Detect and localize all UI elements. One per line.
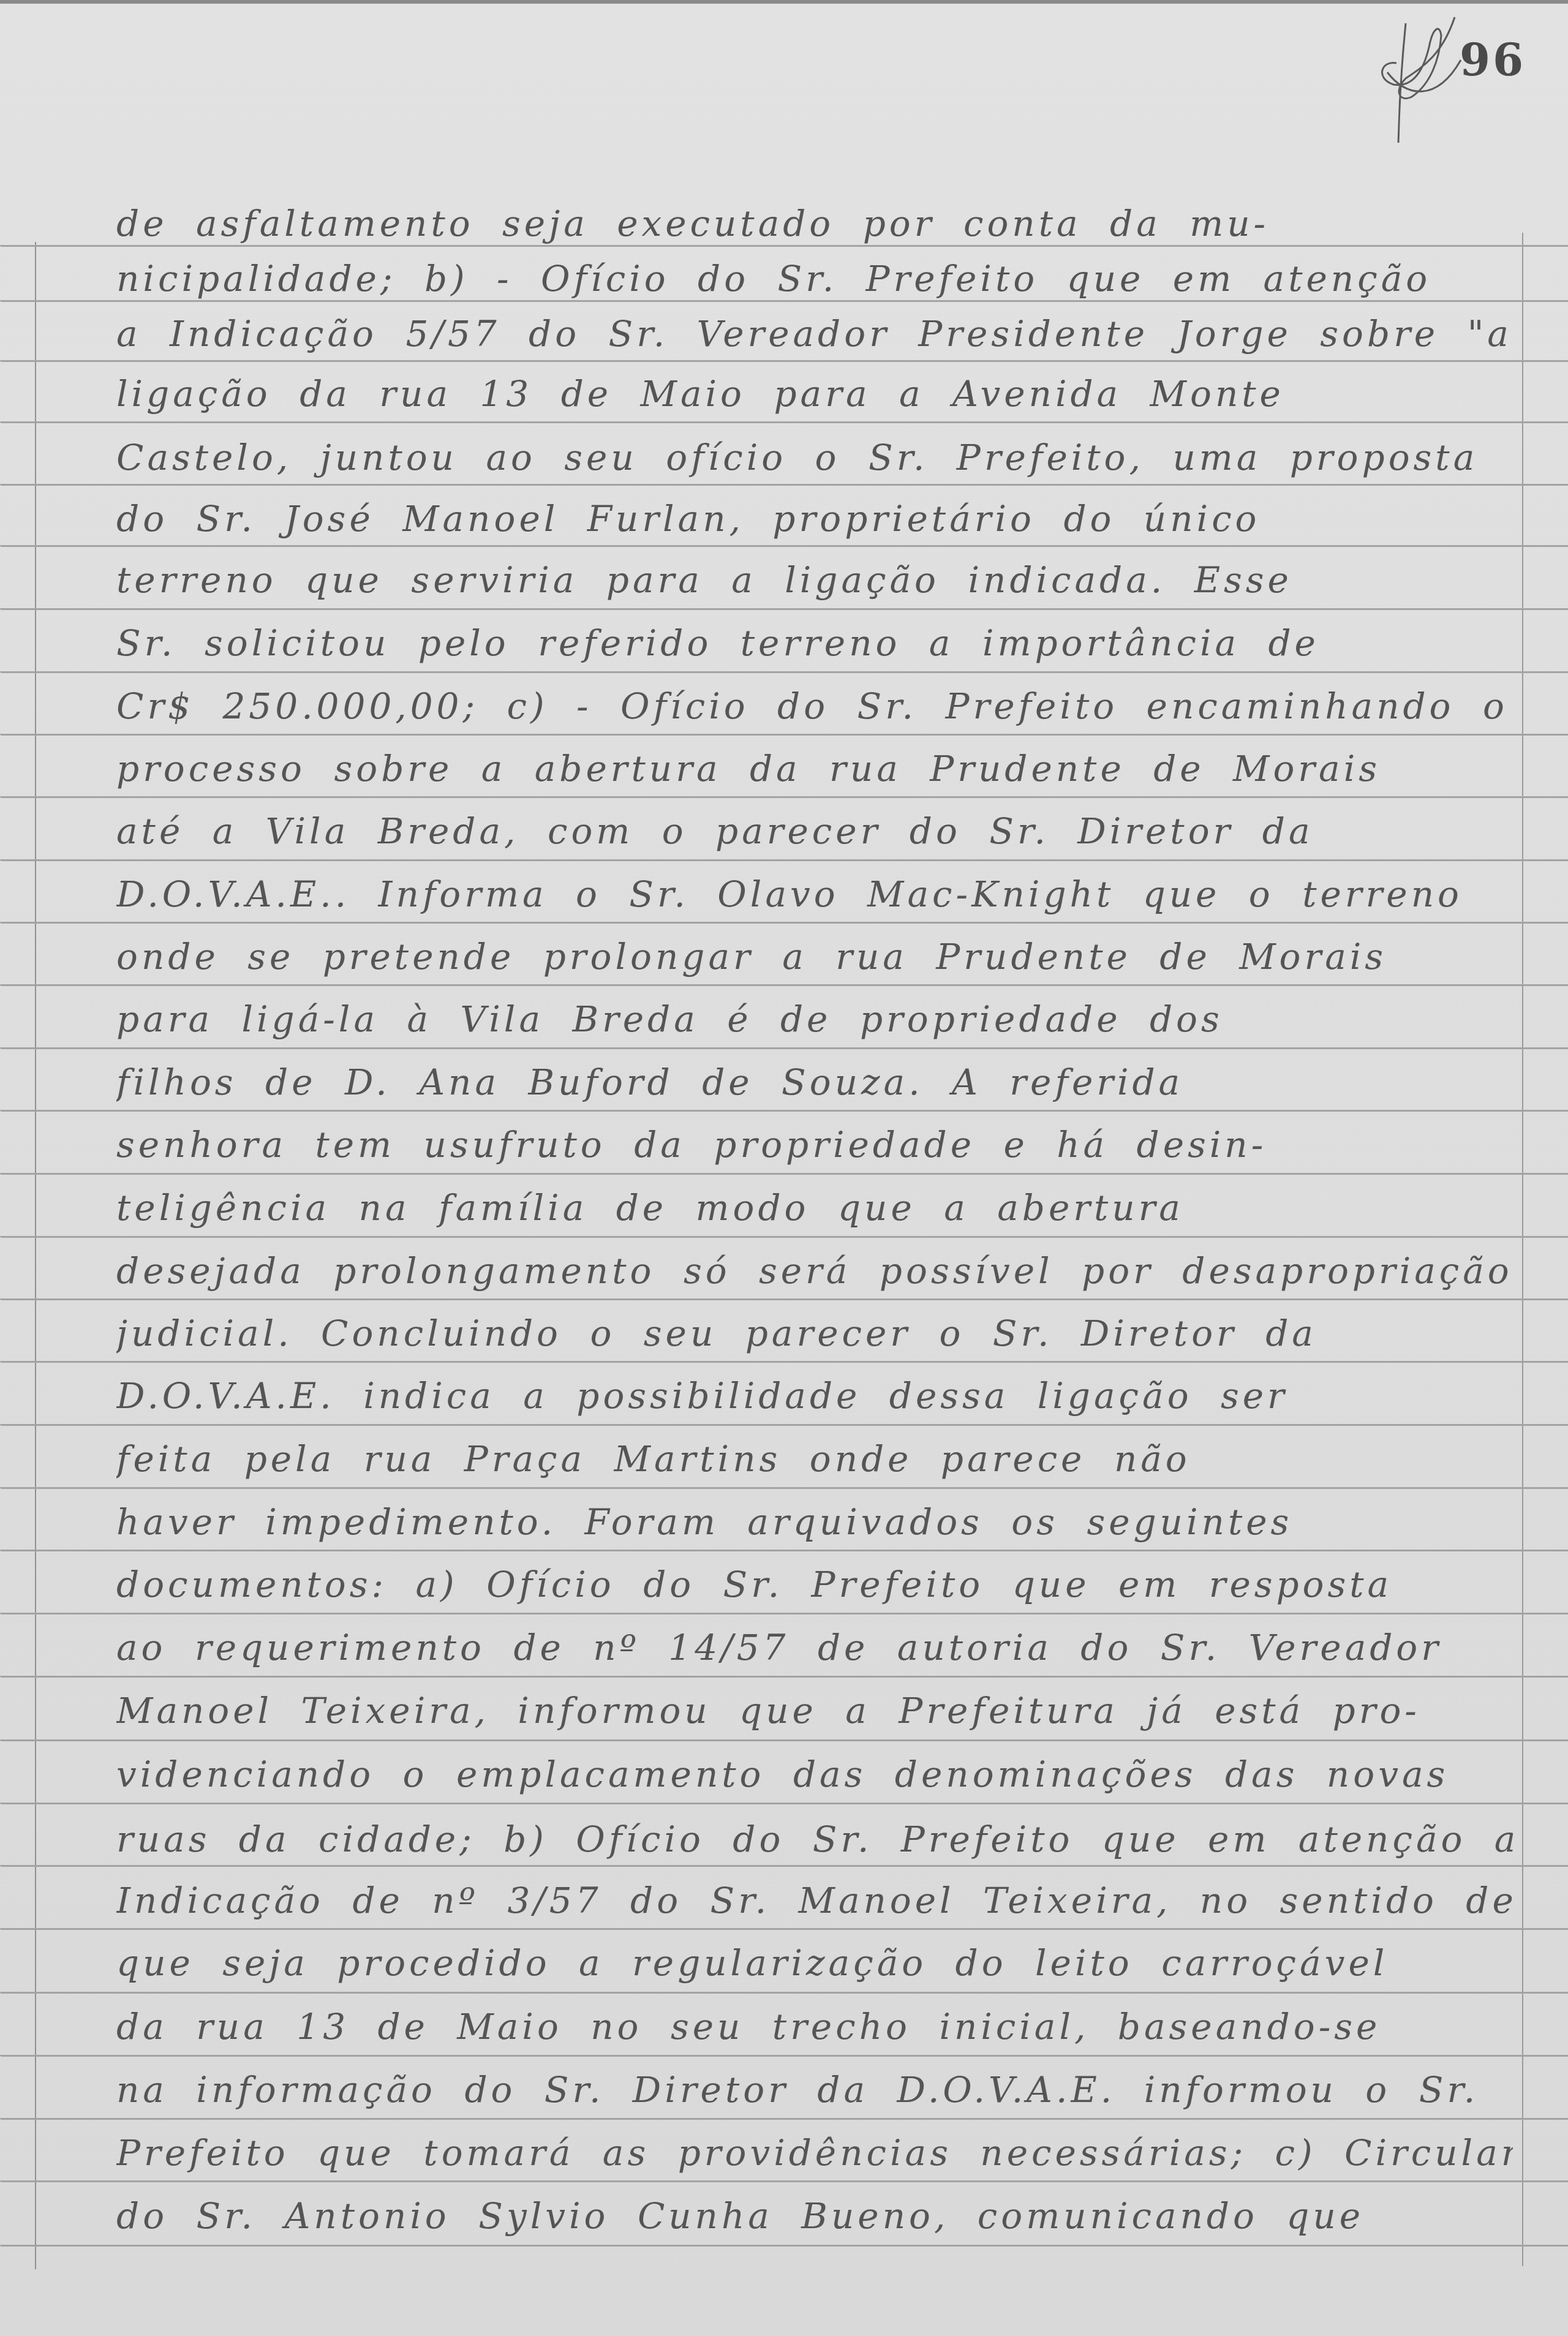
text-line: que seja procedido a regularização do le… xyxy=(116,1942,1513,1984)
text-line: haver impedimento. Foram arquivados os s… xyxy=(116,1501,1513,1543)
ruled-line xyxy=(0,608,1568,610)
ruled-line xyxy=(0,1361,1568,1363)
ruled-line xyxy=(0,1676,1568,1678)
ruled-line xyxy=(0,1992,1568,1994)
text-line: a Indicação 5/57 do Sr. Vereador Preside… xyxy=(116,312,1513,355)
text-line: senhora tem usufruto da propriedade e há… xyxy=(116,1123,1513,1166)
text-line: judicial. Concluindo o seu parecer o Sr.… xyxy=(116,1312,1513,1355)
text-line: Prefeito que tomará as providências nece… xyxy=(116,2131,1513,2174)
ruled-line xyxy=(0,1487,1568,1489)
ruled-line xyxy=(0,245,1568,247)
ruled-line xyxy=(0,984,1568,986)
text-line: Cr$ 250.000,00; c) - Ofício do Sr. Prefe… xyxy=(116,685,1513,728)
text-line: D.O.V.A.E. indica a possibilidade dessa … xyxy=(116,1374,1513,1417)
ruled-line xyxy=(0,922,1568,924)
ruled-line xyxy=(0,1236,1568,1238)
text-line: ao requerimento de nº 14/57 de autoria d… xyxy=(116,1626,1513,1669)
ruled-line xyxy=(0,671,1568,673)
text-line: D.O.V.A.E.. Informa o Sr. Olavo Mac-Knig… xyxy=(116,873,1513,916)
text-line: ligação da rua 13 de Maio para a Avenida… xyxy=(116,372,1513,415)
text-line: Manoel Teixeira, informou que a Prefeitu… xyxy=(116,1689,1513,1732)
text-line: desejada prolongamento só será possível … xyxy=(116,1249,1513,1292)
ruled-line xyxy=(0,2245,1568,2247)
text-line: Castelo, juntou ao seu ofício o Sr. Pref… xyxy=(116,436,1513,479)
handwritten-text-block: de asfaltamento seja executado por conta… xyxy=(0,0,1568,2336)
ruled-line xyxy=(0,421,1568,423)
ruled-line xyxy=(0,545,1568,547)
ruled-line xyxy=(0,734,1568,736)
text-line: da rua 13 de Maio no seu trecho inicial,… xyxy=(116,2005,1513,2048)
ruled-line xyxy=(0,1613,1568,1614)
ruled-line xyxy=(0,2180,1568,2182)
ledger-page: 96 de asfaltamento seja executado por co… xyxy=(0,0,1568,2336)
ruled-line xyxy=(0,2055,1568,2057)
text-line: na informação do Sr. Diretor da D.O.V.A.… xyxy=(116,2068,1513,2111)
text-line: Sr. solicitou pelo referido terreno a im… xyxy=(116,622,1513,665)
ruled-line xyxy=(0,1298,1568,1300)
ruled-line xyxy=(0,300,1568,302)
ruled-line xyxy=(0,1550,1568,1551)
text-line: ruas da cidade; b) Ofício do Sr. Prefeit… xyxy=(116,1818,1513,1861)
text-line: onde se pretende prolongar a rua Prudent… xyxy=(116,935,1513,978)
text-line: até a Vila Breda, com o parecer do Sr. D… xyxy=(116,810,1513,853)
ruled-line xyxy=(0,1803,1568,1804)
text-line: documentos: a) Ofício do Sr. Prefeito qu… xyxy=(116,1563,1513,1606)
text-line: processo sobre a abertura da rua Prudent… xyxy=(116,747,1513,790)
ruled-line xyxy=(0,2118,1568,2120)
text-line: terreno que serviria para a ligação indi… xyxy=(116,559,1513,601)
text-line: filhos de D. Ana Buford de Souza. A refe… xyxy=(116,1061,1513,1104)
text-line: videnciando o emplacamento das denominaç… xyxy=(116,1753,1513,1796)
ruled-line xyxy=(0,360,1568,362)
ruled-line xyxy=(0,796,1568,798)
ruled-line xyxy=(0,1424,1568,1426)
ruled-line xyxy=(0,1928,1568,1930)
ruled-line xyxy=(0,1110,1568,1112)
text-line: feita pela rua Praça Martins onde parece… xyxy=(116,1437,1513,1480)
text-line: teligência na família de modo que a aber… xyxy=(116,1186,1513,1229)
text-line: nicipalidade; b) - Ofício do Sr. Prefeit… xyxy=(116,257,1513,300)
text-line: para ligá-la à Vila Breda é de proprieda… xyxy=(116,998,1513,1041)
ruled-line xyxy=(0,1865,1568,1867)
text-line: do Sr. José Manoel Furlan, proprietário … xyxy=(116,497,1513,540)
ruled-line xyxy=(0,1047,1568,1049)
ruled-line xyxy=(0,1173,1568,1175)
ruled-line xyxy=(0,484,1568,486)
ruled-line xyxy=(0,859,1568,861)
text-line: Indicação de nº 3/57 do Sr. Manoel Teixe… xyxy=(116,1879,1513,1922)
text-line: do Sr. Antonio Sylvio Cunha Bueno, comun… xyxy=(116,2195,1513,2237)
text-line: de asfaltamento seja executado por conta… xyxy=(116,202,1513,245)
ruled-line xyxy=(0,1739,1568,1741)
